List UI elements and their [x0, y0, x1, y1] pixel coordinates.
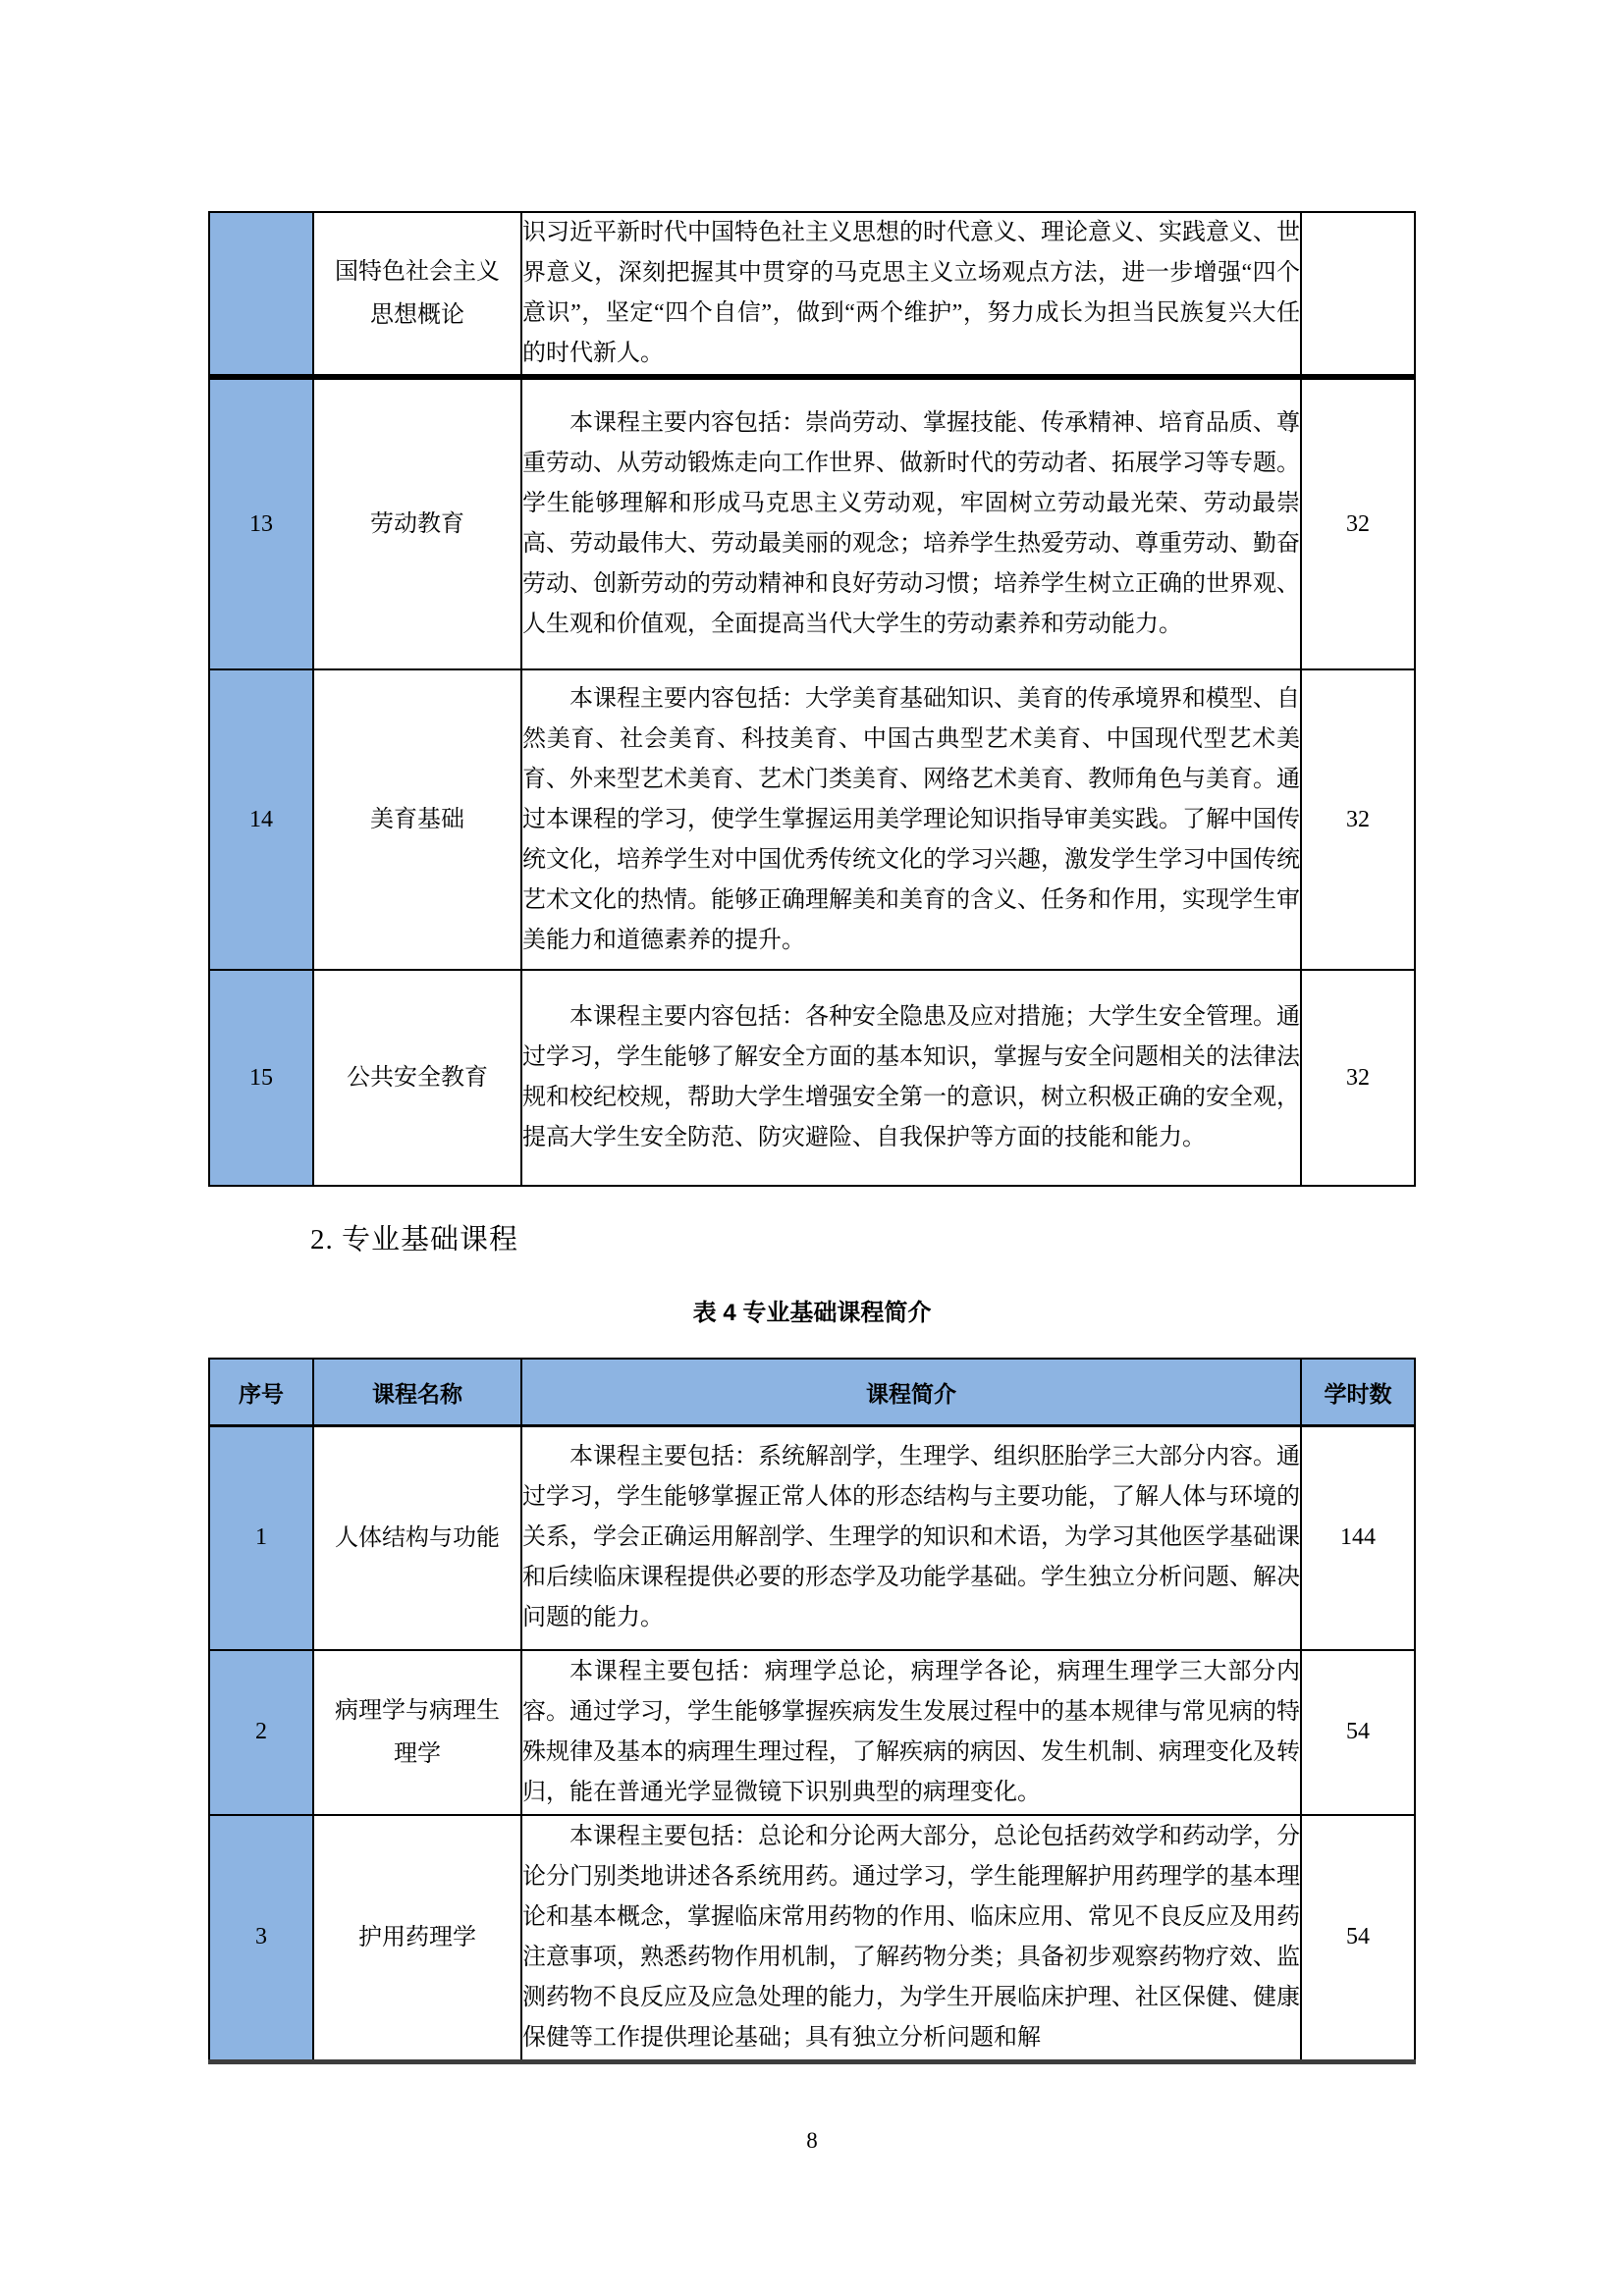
course-hours-cell: 32: [1301, 970, 1415, 1186]
table-row: 14 美育基础 本课程主要内容包括：大学美育基础知识、美育的传承境界和模型、自然…: [209, 669, 1415, 970]
course-intro-text: 本课程主要包括：系统解剖学，生理学、组织胚胎学三大部分内容。通过学习，学生能够掌…: [522, 1437, 1300, 1638]
course-name-cell: 劳动教育: [313, 377, 521, 669]
course-hours-cell: [1301, 212, 1415, 377]
table-row: 2 病理学与病理生 理学 本课程主要包括：病理学总论，病理学各论，病理生理学三大…: [209, 1650, 1415, 1815]
course-intro-text: 本课程主要内容包括：大学美育基础知识、美育的传承境界和模型、自然美育、社会美育、…: [522, 679, 1300, 961]
course-name-cell: 美育基础: [313, 669, 521, 970]
course-intro-cell: 本课程主要内容包括：大学美育基础知识、美育的传承境界和模型、自然美育、社会美育、…: [521, 669, 1301, 970]
header-no: 序号: [209, 1359, 313, 1426]
table-row: 国特色社会主义 思想概论 识习近平新时代中国特色社主义思想的时代意义、理论意义、…: [209, 212, 1415, 377]
course-hours-cell: 54: [1301, 1815, 1415, 2062]
course-name-cell: 公共安全教育: [313, 970, 521, 1186]
table-header-row: 序号 课程名称 课程简介 学时数: [209, 1359, 1415, 1426]
header-hours: 学时数: [1301, 1359, 1415, 1426]
course-intro-cell: 本课程主要包括：总论和分论两大部分，总论包括药效学和药动学，分论分门别类地讲述各…: [521, 1815, 1301, 2062]
header-course-intro: 课程简介: [521, 1359, 1301, 1426]
course-intro-cell: 本课程主要包括：病理学总论，病理学各论，病理生理学三大部分内容。通过学习，学生能…: [521, 1650, 1301, 1815]
course-intro-text: 本课程主要包括：病理学总论，病理学各论，病理生理学三大部分内容。通过学习，学生能…: [522, 1652, 1300, 1813]
row-number-cell: 2: [209, 1650, 313, 1815]
course-name-cell: 护用药理学: [313, 1815, 521, 2062]
table-row: 13 劳动教育 本课程主要内容包括：崇尚劳动、掌握技能、传承精神、培育品质、尊重…: [209, 377, 1415, 669]
table-row: 3 护用药理学 本课程主要包括：总论和分论两大部分，总论包括药效学和药动学，分论…: [209, 1815, 1415, 2062]
course-hours-cell: 32: [1301, 669, 1415, 970]
row-number-cell: 13: [209, 377, 313, 669]
course-intro-cell: 本课程主要内容包括：崇尚劳动、掌握技能、传承精神、培育品质、尊重劳动、从劳动锻炼…: [521, 377, 1301, 669]
row-number-cell: 14: [209, 669, 313, 970]
table-caption: 表 4 专业基础课程简介: [0, 1293, 1624, 1327]
page-number: 8: [0, 2128, 1624, 2154]
professional-basic-courses-table: 序号 课程名称 课程简介 学时数 1 人体结构与功能 本课程主要包括：系统解剖学…: [208, 1358, 1416, 2064]
course-name-cell: 病理学与病理生 理学: [313, 1650, 521, 1815]
course-name-cell: 国特色社会主义 思想概论: [313, 212, 521, 377]
course-name-cell: 人体结构与功能: [313, 1426, 521, 1650]
course-intro-text: 识习近平新时代中国特色社主义思想的时代意义、理论意义、实践意义、世界意义，深刻把…: [522, 213, 1300, 374]
course-hours-cell: 32: [1301, 377, 1415, 669]
course-intro-text: 本课程主要内容包括：各种安全隐患及应对措施；大学生安全管理。通过学习，学生能够了…: [522, 997, 1300, 1158]
section-heading: 2. 专业基础课程: [310, 1217, 518, 1257]
header-course-name: 课程名称: [313, 1359, 521, 1426]
table-row: 15 公共安全教育 本课程主要内容包括：各种安全隐患及应对措施；大学生安全管理。…: [209, 970, 1415, 1186]
course-intro-cell: 本课程主要内容包括：各种安全隐患及应对措施；大学生安全管理。通过学习，学生能够了…: [521, 970, 1301, 1186]
general-courses-table: 国特色社会主义 思想概论 识习近平新时代中国特色社主义思想的时代意义、理论意义、…: [208, 211, 1416, 1187]
course-intro-cell: 本课程主要包括：系统解剖学，生理学、组织胚胎学三大部分内容。通过学习，学生能够掌…: [521, 1426, 1301, 1650]
course-intro-cell: 识习近平新时代中国特色社主义思想的时代意义、理论意义、实践意义、世界意义，深刻把…: [521, 212, 1301, 377]
row-number-cell: 3: [209, 1815, 313, 2062]
course-hours-cell: 144: [1301, 1426, 1415, 1650]
table-row: 1 人体结构与功能 本课程主要包括：系统解剖学，生理学、组织胚胎学三大部分内容。…: [209, 1426, 1415, 1650]
course-intro-text: 本课程主要包括：总论和分论两大部分，总论包括药效学和药动学，分论分门别类地讲述各…: [522, 1817, 1300, 2058]
document-page: 国特色社会主义 思想概论 识习近平新时代中国特色社主义思想的时代意义、理论意义、…: [0, 0, 1624, 2296]
course-hours-cell: 54: [1301, 1650, 1415, 1815]
course-intro-text: 本课程主要内容包括：崇尚劳动、掌握技能、传承精神、培育品质、尊重劳动、从劳动锻炼…: [522, 403, 1300, 645]
row-number-cell: [209, 212, 313, 377]
row-number-cell: 1: [209, 1426, 313, 1650]
row-number-cell: 15: [209, 970, 313, 1186]
